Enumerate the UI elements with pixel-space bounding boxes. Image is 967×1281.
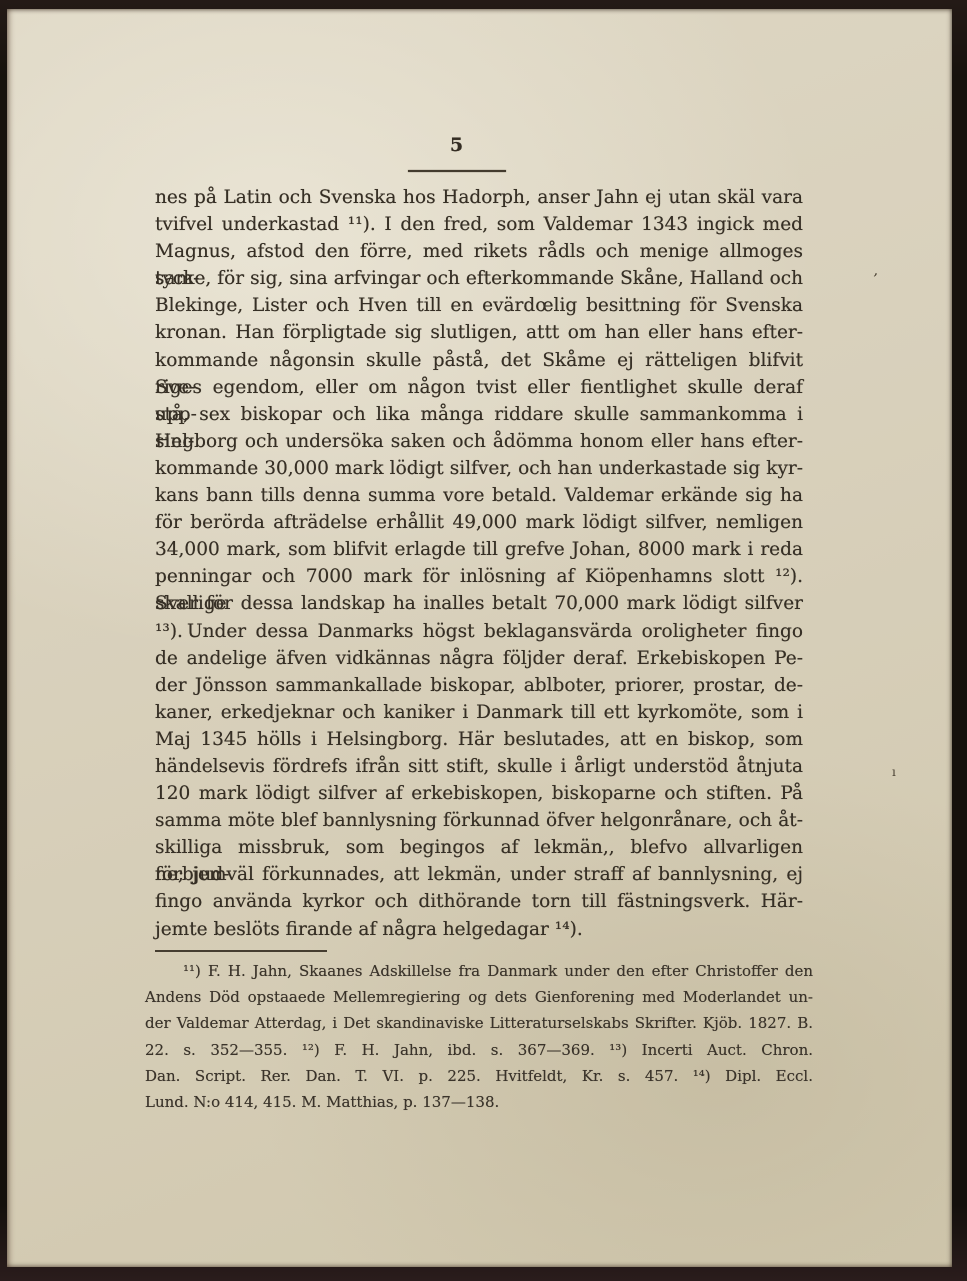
text-line: kans bann tills denna summa vore betald.… [155,482,803,509]
text-line: 120 mark lödigt silfver af erkebiskopen,… [155,780,803,807]
body-text: nes på Latin och Svenska hos Hadorph, an… [155,184,803,943]
footnote-line: 22. s. 352—355. ¹²) F. H. Jahn, ibd. s. … [145,1037,813,1063]
text-line: kommande 30,000 mark lödigt silfver, och… [155,455,803,482]
text-line: Magnus, afstod den förre, med rikets råd… [155,238,803,265]
paragraph: nes på Latin och Svenska hos Hadorph, an… [155,184,803,618]
text-line: Maj 1345 hölls i Helsingborg. Här beslut… [155,726,803,753]
text-line: tvifvel underkastad ¹¹). I den fred, som… [155,211,803,238]
paragraph: Under dessa Danmarks högst beklagansvärd… [155,618,803,943]
text-line: för berörda afträdelse erhållit 49,000 m… [155,509,803,536]
text-line: nes på Latin och Svenska hos Hadorph, an… [155,184,803,211]
text-line: samma möte blef bannlysning förkunnad öf… [155,807,803,834]
text-line: fingo använda kyrkor och dithörande torn… [155,888,803,915]
footnote-line: Andens Död opstaaede Mellemregiering og … [145,984,813,1010]
text-line: penningar och 7000 mark för inlösning af… [155,563,803,590]
ink-speck: ı [892,766,896,778]
page-header: 5 [155,134,759,156]
page-number: 5 [450,134,464,156]
text-line: tycke, för sig, sina arfvingar och efter… [155,265,803,292]
text-line: riges egendom, eller om någon tvist elle… [155,374,803,401]
text-line: 34,000 mark, som blifvit erlagde till gr… [155,536,803,563]
footnote-line: ¹¹) F. H. Jahn, Skaanes Adskillelse fra … [145,958,813,984]
scanned-book-page: 5 nes på Latin och Svenska hos Hadorph, … [0,0,967,1281]
text-line: skall för dessa landskap ha inalles beta… [155,590,803,617]
text-line: ne; jemväl förkunnades, att lekmän, unde… [155,861,803,888]
footnote-line: der Valdemar Atterdag, i Det skandinavis… [145,1010,813,1036]
text-line: kaner, erkedjeknar och kaniker i Danmark… [155,699,803,726]
text-line: händelsevis fördrefs ifrån sitt stift, s… [155,753,803,780]
text-line: singborg och undersöka saken och ådömma … [155,428,803,455]
text-line: de andelige äfven vidkännas några följde… [155,645,803,672]
page-number-rule [408,170,506,172]
text-line: stå, sex biskopar och lika många riddare… [155,401,803,428]
text-line: jemte beslöts firande af några helgedaga… [155,916,803,943]
footnote-line: Lund. N:o 414, 415. M. Matthias, p. 137—… [145,1089,813,1115]
text-line: Blekinge, Lister och Hven till en evärdœ… [155,292,803,319]
footnotes-block: ¹¹) F. H. Jahn, Skaanes Adskillelse fra … [145,958,813,1115]
footnote-separator-rule [155,950,327,952]
text-line: kommande någonsin skulle påstå, det Skåm… [155,347,803,374]
text-line: skilliga missbruk, som begingos af lekmä… [155,834,803,861]
text-line: der Jönsson sammankallade biskopar, ablb… [155,672,803,699]
footnote-line: Dan. Script. Rer. Dan. T. VI. p. 225. Hv… [145,1063,813,1089]
text-line: kronan. Han förpligtade sig slutligen, a… [155,319,803,346]
text-line: Under dessa Danmarks högst beklagansvärd… [155,618,803,645]
